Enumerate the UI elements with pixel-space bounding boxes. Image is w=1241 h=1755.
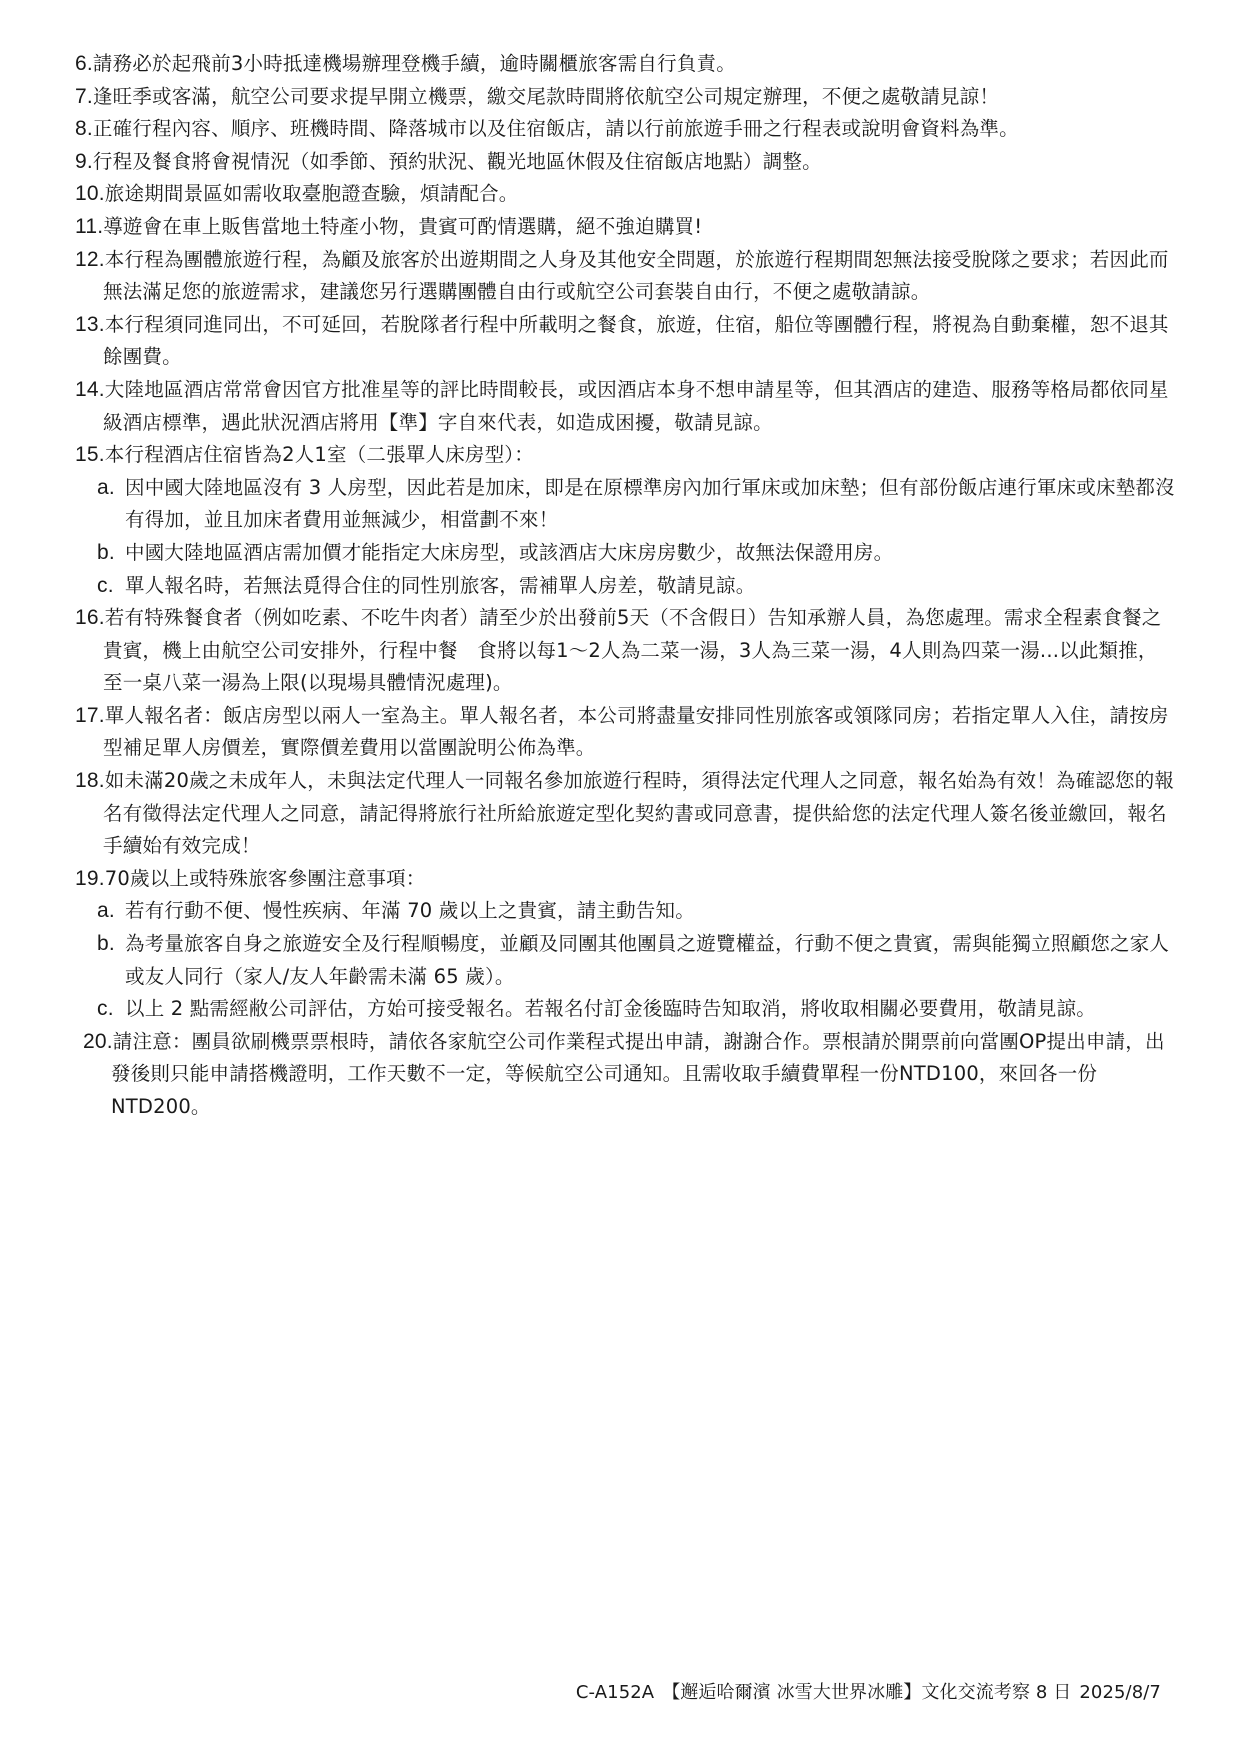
sub-item-15c: c.單人報名時，若無法覓得合住的同性別旅客，需補單人房差，敬請見諒。 xyxy=(75,570,1175,603)
note-item-9: 9.行程及餐食將會視情況（如季節、預約狀況、觀光地區休假及住宿飯店地點）調整。 xyxy=(75,146,1175,179)
sub-text: 以上 2 點需經敝公司評估，方始可接受報名。若報名付訂金後臨時告知取消，將收取相… xyxy=(125,997,1096,1020)
note-item-12: 12.本行程為團體旅遊行程，為顧及旅客於出遊期間之人身及其他安全問題，於旅遊行程… xyxy=(75,244,1175,309)
note-item-13: 13.本行程須同進同出，不可延回，若脫隊者行程中所載明之餐食，旅遊，住宿，船位等… xyxy=(75,309,1175,374)
note-text: 請務必於起飛前3小時抵達機場辦理登機手續，逾時關櫃旅客需自行負責。 xyxy=(93,52,736,75)
sub-text: 單人報名時，若無法覓得合住的同性別旅客，需補單人房差，敬請見諒。 xyxy=(125,574,755,597)
note-item-11: 11.導遊會在車上販售當地土特產小物，貴賓可酌情選購，絕不強迫購買! xyxy=(75,211,1175,244)
note-item-14: 14.大陸地區酒店常常會因官方批准星等的評比時間較長，或因酒店本身不想申請星等，… xyxy=(75,374,1175,439)
note-item-17: 17.單人報名者：飯店房型以兩人一室為主。單人報名者，本公司將盡量安排同性別旅客… xyxy=(75,700,1175,765)
note-text: 旅途期間景區如需收取臺胞證查驗，煩請配合。 xyxy=(105,182,519,205)
note-text: 如未滿20歲之未成年人，未與法定代理人一同報名參加旅遊行程時，須得法定代理人之同… xyxy=(103,769,1174,857)
sub-item-19c: c.以上 2 點需經敝公司評估，方始可接受報名。若報名付訂金後臨時告知取消，將收… xyxy=(75,993,1175,1026)
note-text: 導遊會在車上販售當地土特產小物，貴賓可酌情選購，絕不強迫購買! xyxy=(103,215,702,238)
sub-letter: c. xyxy=(97,570,114,603)
note-item-16: 16.若有特殊餐食者（例如吃素、不吃牛肉者）請至少於出發前5天（不含假日）告知承… xyxy=(75,602,1175,700)
note-number: 9. xyxy=(75,150,93,173)
tour-title: 【邂逅哈爾濱 冰雪大世界冰雕】文化交流考察 8 日 xyxy=(662,1682,1071,1703)
note-item-15: 15.本行程酒店住宿皆為2人1室（二張單人床房型）： xyxy=(75,439,1175,472)
note-number: 16. xyxy=(75,606,105,629)
note-item-19: 19.70歲以上或特殊旅客參團注意事項： xyxy=(75,863,1175,896)
sub-letter: c. xyxy=(97,993,114,1026)
note-text: 請注意：團員欲刷機票票根時，請依各家航空公司作業程式提出申請，謝謝合作。票根請於… xyxy=(111,1030,1165,1118)
note-text: 大陸地區酒店常常會因官方批准星等的評比時間較長，或因酒店本身不想申請星等，但其酒… xyxy=(103,378,1169,434)
sub-text: 中國大陸地區酒店需加價才能指定大床房型，或該酒店大床房房數少，故無法保證用房。 xyxy=(125,541,893,564)
note-number: 18. xyxy=(75,769,105,792)
note-item-6: 6.請務必於起飛前3小時抵達機場辦理登機手續，逾時關櫃旅客需自行負責。 xyxy=(75,48,1175,81)
note-text: 70歲以上或特殊旅客參團注意事項： xyxy=(105,867,426,890)
notes-list: 6.請務必於起飛前3小時抵達機場辦理登機手續，逾時關櫃旅客需自行負責。 7.逢旺… xyxy=(75,48,1175,1124)
note-text: 本行程酒店住宿皆為2人1室（二張單人床房型）： xyxy=(105,443,534,466)
sub-letter: b. xyxy=(97,537,115,570)
sub-item-15a: a.因中國大陸地區沒有 3 人房型，因此若是加床，即是在原標準房內加行軍床或加床… xyxy=(75,472,1175,537)
document-page: 6.請務必於起飛前3小時抵達機場辦理登機手續，逾時關櫃旅客需自行負責。 7.逢旺… xyxy=(0,0,1241,1755)
note-text: 若有特殊餐食者（例如吃素、不吃牛肉者）請至少於出發前5天（不含假日）告知承辦人員… xyxy=(103,606,1162,694)
note-item-7: 7.逢旺季或客滿，航空公司要求提早開立機票，繳交尾款時間將依航空公司規定辦理，不… xyxy=(75,81,1175,114)
sub-letter: a. xyxy=(97,895,115,928)
note-item-10: 10.旅途期間景區如需收取臺胞證查驗，煩請配合。 xyxy=(75,178,1175,211)
sub-text: 為考量旅客自身之旅遊安全及行程順暢度，並顧及同團其他團員之遊覽權益，行動不便之貴… xyxy=(125,932,1169,988)
note-item-18: 18.如未滿20歲之未成年人，未與法定代理人一同報名參加旅遊行程時，須得法定代理… xyxy=(75,765,1175,863)
note-number: 13. xyxy=(75,313,105,336)
note-text: 行程及餐食將會視情況（如季節、預約狀況、觀光地區休假及住宿飯店地點）調整。 xyxy=(93,150,822,173)
note-number: 6. xyxy=(75,52,93,75)
note-text: 本行程為團體旅遊行程，為顧及旅客於出遊期間之人身及其他安全問題，於旅遊行程期間恕… xyxy=(103,248,1169,304)
print-date: 2025/8/7 xyxy=(1079,1682,1161,1703)
sub-letter: a. xyxy=(97,472,115,505)
note-text: 正確行程內容、順序、班機時間、降落城市以及住宿飯店，請以行前旅遊手冊之行程表或說… xyxy=(93,117,1019,140)
note-number: 20. xyxy=(83,1030,113,1053)
note-number: 19. xyxy=(75,867,105,890)
note-number: 12. xyxy=(75,248,105,271)
note-item-20: 20.請注意：團員欲刷機票票根時，請依各家航空公司作業程式提出申請，謝謝合作。票… xyxy=(83,1026,1175,1124)
sub-item-15b: b.中國大陸地區酒店需加價才能指定大床房型，或該酒店大床房房數少，故無法保證用房… xyxy=(75,537,1175,570)
note-text: 本行程須同進同出，不可延回，若脫隊者行程中所載明之餐食，旅遊，住宿，船位等團體行… xyxy=(103,313,1169,369)
note-number: 8. xyxy=(75,117,93,140)
note-number: 10. xyxy=(75,182,105,205)
sub-item-19a: a.若有行動不便、慢性疾病、年滿 70 歲以上之貴賓，請主動告知。 xyxy=(75,895,1175,928)
note-text: 單人報名者：飯店房型以兩人一室為主。單人報名者，本公司將盡量安排同性別旅客或領隊… xyxy=(103,704,1169,760)
note-item-8: 8.正確行程內容、順序、班機時間、降落城市以及住宿飯店，請以行前旅遊手冊之行程表… xyxy=(75,113,1175,146)
note-number: 15. xyxy=(75,443,105,466)
tour-code: C-A152A xyxy=(576,1682,654,1703)
sub-text: 因中國大陸地區沒有 3 人房型，因此若是加床，即是在原標準房內加行軍床或加床墊；… xyxy=(125,476,1175,532)
note-number: 11. xyxy=(75,215,103,238)
sub-text: 若有行動不便、慢性疾病、年滿 70 歲以上之貴賓，請主動告知。 xyxy=(125,899,695,922)
note-number: 7. xyxy=(75,85,93,108)
sub-letter: b. xyxy=(97,928,115,961)
page-footer: C-A152A【邂逅哈爾濱 冰雪大世界冰雕】文化交流考察 8 日2025/8/7 xyxy=(576,1678,1169,1704)
note-text: 逢旺季或客滿，航空公司要求提早開立機票，繳交尾款時間將依航空公司規定辦理，不便之… xyxy=(93,85,999,108)
note-number: 17. xyxy=(75,704,105,727)
sub-item-19b: b.為考量旅客自身之旅遊安全及行程順暢度，並顧及同團其他團員之遊覽權益，行動不便… xyxy=(75,928,1175,993)
note-number: 14. xyxy=(75,378,105,401)
